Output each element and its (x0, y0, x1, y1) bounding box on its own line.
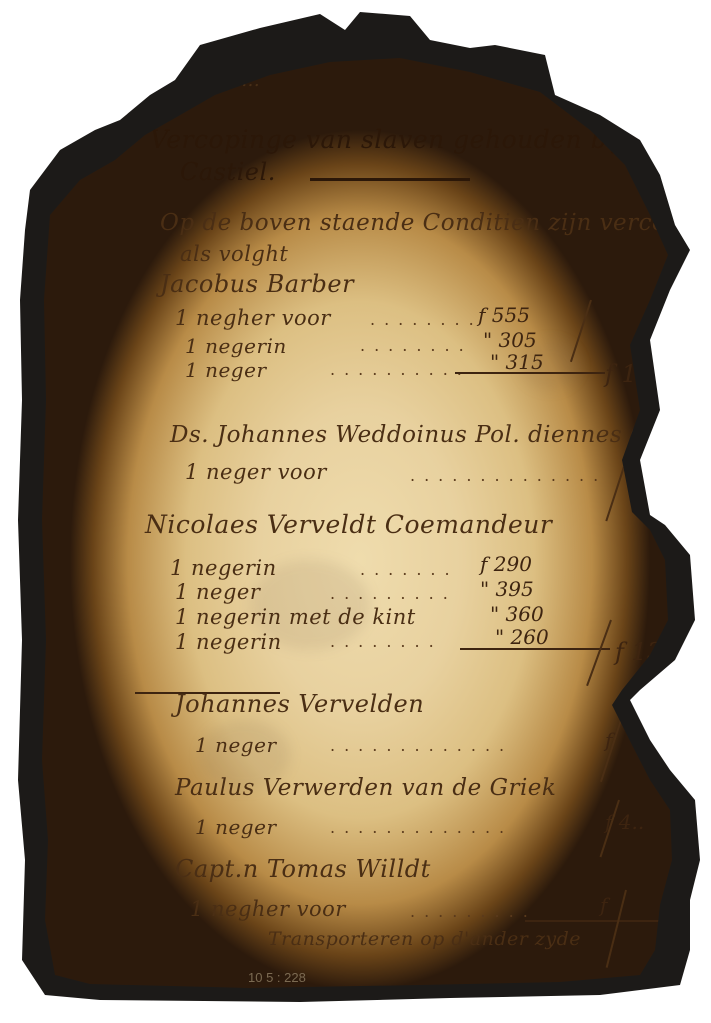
item-desc: 1 neger (185, 358, 267, 382)
dot-leader: ........ (370, 310, 483, 329)
item-desc: 1 negerin (170, 556, 277, 580)
item-desc: 1 negerin met de kint (175, 605, 416, 629)
item-amount: f 555 (478, 303, 530, 327)
item-amount: " 395 (480, 577, 534, 601)
item-desc: 1 negher voor (190, 897, 346, 921)
dot-leader: ........ (330, 632, 443, 651)
catalog-number: 10 5 : 228 (248, 970, 306, 985)
dot-leader: ............. (330, 818, 513, 837)
item-amount: " 315 (490, 350, 544, 374)
item-desc: 1 negerin (185, 334, 287, 358)
intro-line-1: Op de boven staende Conditien zijn verco… (160, 210, 705, 236)
tally-stroke (586, 620, 612, 686)
intro-line-2: als volght (180, 242, 288, 266)
item-desc: 1 negerin (175, 630, 282, 654)
title-line-2: Castiel. (180, 158, 276, 186)
scanned-page: p.1 ... Vercopinge van slaven gehouden b… (0, 0, 711, 1023)
item-desc: 1 neger (175, 580, 260, 604)
subtotal-rule (455, 372, 605, 374)
dot-leader: ........ (360, 336, 473, 355)
subtotal-rule (460, 648, 610, 650)
tally-stroke (606, 890, 627, 968)
buyer-name: Johannes Vervelden (175, 690, 424, 718)
dot-leader: ....... (360, 560, 459, 579)
dot-leader: ............. (330, 736, 513, 755)
item-desc: 1 neger (195, 815, 277, 839)
item-amount: " 360 (490, 602, 544, 626)
buyer-name: Paulus Verwerden van de Griek (175, 775, 556, 801)
title-underline (310, 178, 470, 181)
dot-leader: ......... (330, 584, 457, 603)
item-desc: 1 negher voor (175, 306, 331, 330)
item-desc: 1 neger voor (185, 460, 327, 484)
item-desc: 1 neger (195, 733, 277, 757)
buyer-name: Capt.n Tomas Willdt (175, 855, 431, 883)
transport-note: Transporteren op d'ander zyde (268, 928, 581, 950)
buyer-name: Nicolaes Verveldt Coemandeur (145, 510, 552, 539)
item-amount: f 290 (480, 552, 532, 576)
dot-leader: .......... (330, 360, 471, 379)
buyer-name: Jacobus Barber (160, 270, 354, 298)
entry-total: f (600, 893, 607, 917)
tally-stroke (570, 300, 592, 362)
dot-leader: ......... (410, 902, 537, 921)
dot-leader: .............. (410, 466, 607, 485)
item-amount: " 260 (495, 625, 549, 649)
item-amount: " 305 (483, 328, 537, 352)
